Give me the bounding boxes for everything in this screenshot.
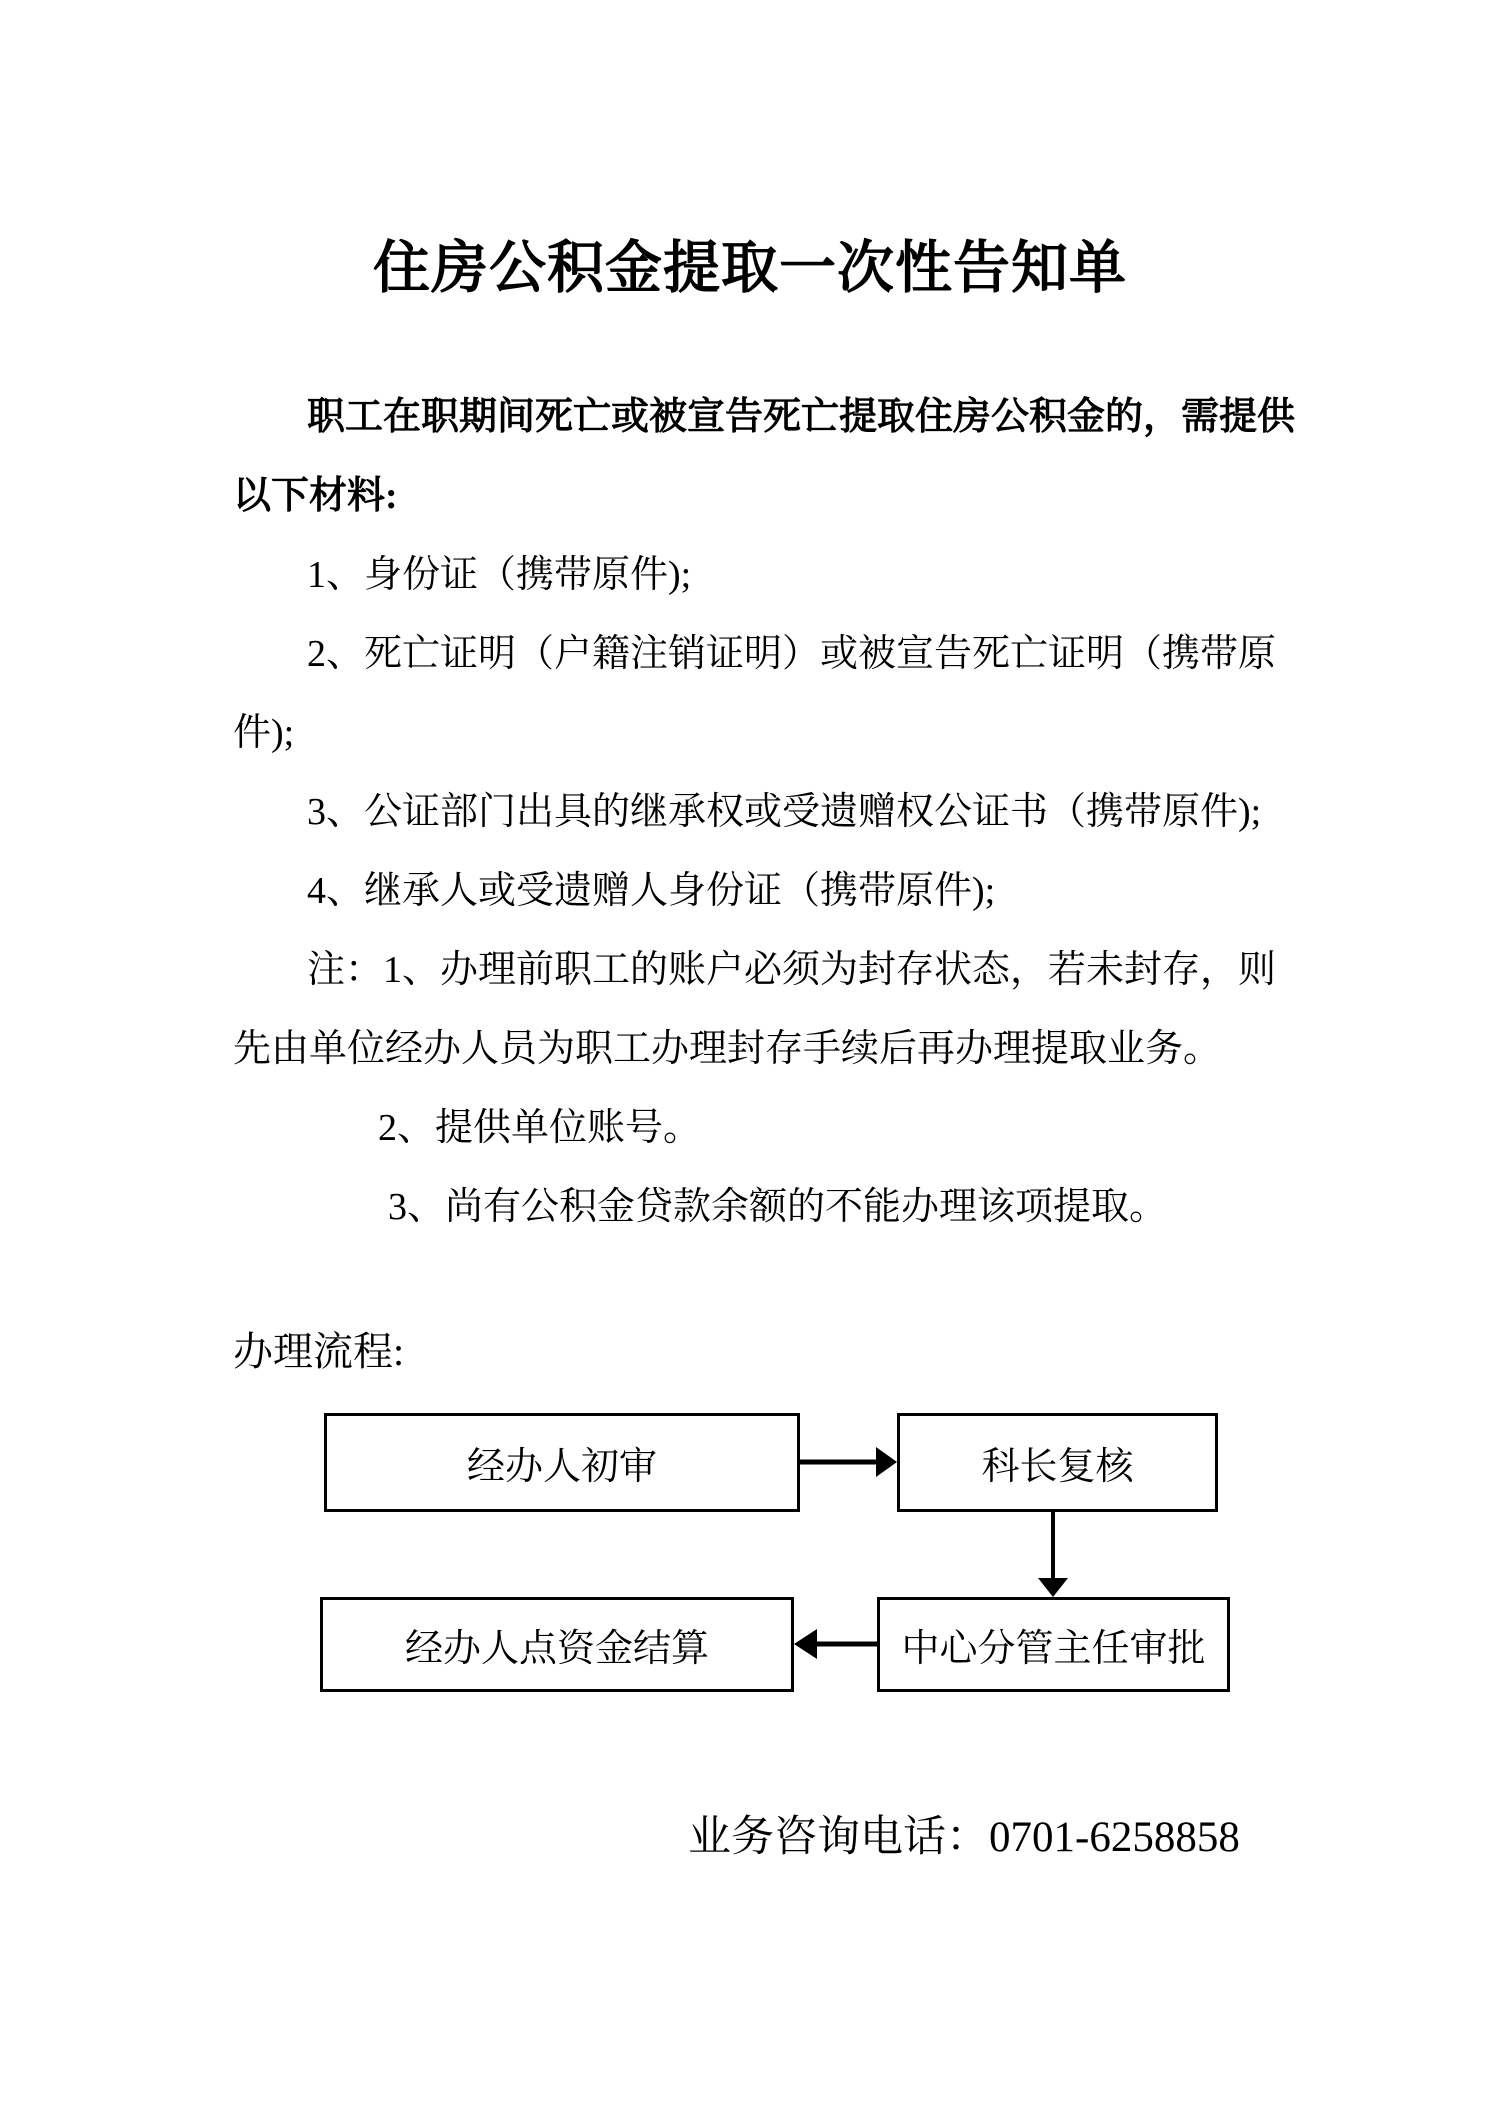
note-2: 2、提供单位账号。 bbox=[233, 1089, 1308, 1168]
material-item-2: 2、死亡证明（户籍注销证明）或被宣告死亡证明（携带原 bbox=[233, 615, 1308, 694]
note-1-line-1: 注：1、办理前职工的账户必须为封存状态，若未封存，则 bbox=[233, 931, 1308, 1010]
arrow-right-icon bbox=[876, 1447, 897, 1477]
material-item-3: 3、公证部门出具的继承权或受遗赠权公证书（携带原件); bbox=[233, 773, 1308, 852]
arrow-down-icon bbox=[1038, 1578, 1068, 1597]
arrow-left-icon bbox=[794, 1629, 817, 1659]
flow-step-director-approve: 中心分管主任审批 bbox=[877, 1597, 1230, 1692]
note-1-line-2: 先由单位经办人员为职工办理封存手续后再办理提取业务。 bbox=[233, 1010, 1308, 1089]
material-item-4: 4、继承人或受遗赠人身份证（携带原件); bbox=[233, 852, 1308, 931]
note-3: 3、尚有公积金贷款余额的不能办理该项提取。 bbox=[233, 1168, 1308, 1247]
flow-step-chief-recheck: 科长复核 bbox=[897, 1413, 1218, 1512]
service-phone-line: 业务咨询电话：0701-6258858 bbox=[688, 1812, 1240, 1864]
intro-line-1: 职工在职期间死亡或被宣告死亡提取住房公积金的，需提供 bbox=[233, 378, 1308, 457]
page-title: 住房公积金提取一次性告知单 bbox=[0, 222, 1500, 304]
flow-section-label: 办理流程: bbox=[233, 1328, 404, 1376]
flow-step-fund-settlement: 经办人点资金结算 bbox=[320, 1597, 794, 1692]
document-body: 职工在职期间死亡或被宣告死亡提取住房公积金的，需提供 以下材料: 1、身份证（携… bbox=[233, 378, 1308, 1247]
material-item-1: 1、身份证（携带原件); bbox=[233, 536, 1308, 615]
document-page: 住房公积金提取一次性告知单 职工在职期间死亡或被宣告死亡提取住房公积金的，需提供… bbox=[0, 0, 1500, 2121]
flow-step-initial-review: 经办人初审 bbox=[324, 1413, 800, 1512]
intro-line-2: 以下材料: bbox=[233, 457, 1308, 536]
material-item-2-wrap: 件); bbox=[233, 694, 1308, 773]
